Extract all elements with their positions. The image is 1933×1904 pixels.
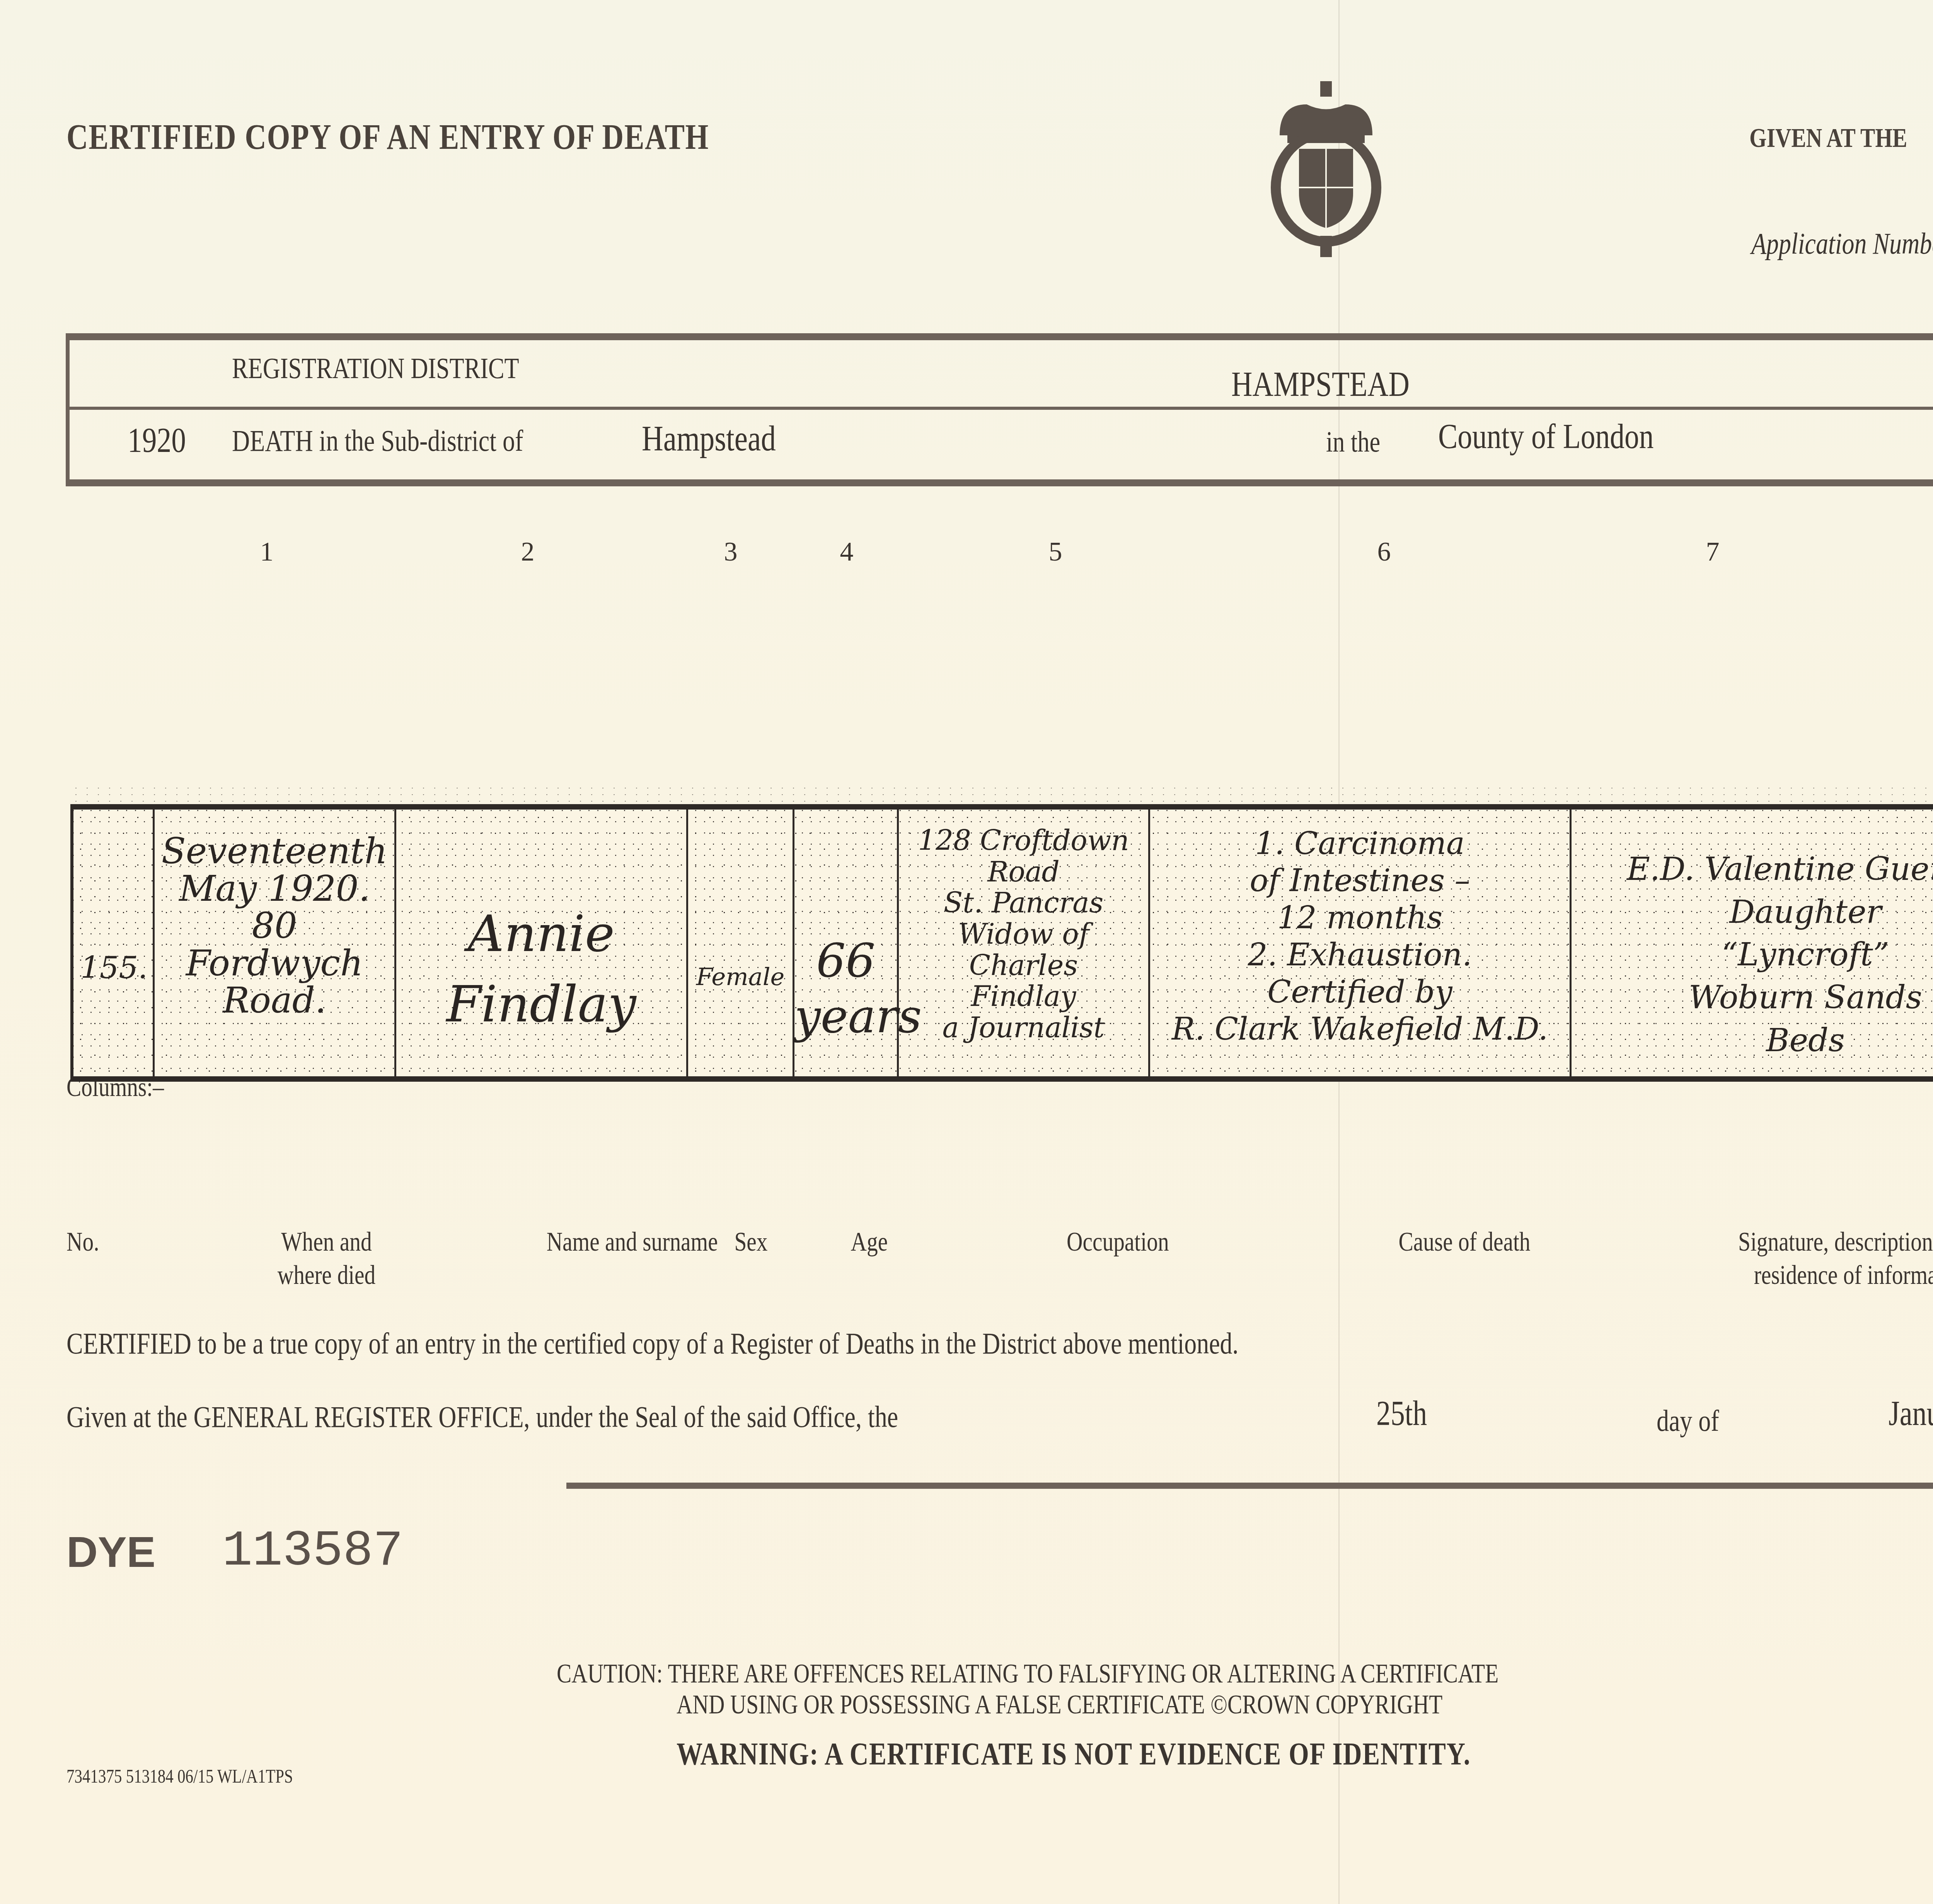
serial-number: 113587 bbox=[222, 1523, 403, 1580]
county: County of London bbox=[1438, 416, 1701, 457]
entry-number: 155. bbox=[75, 953, 153, 984]
certification-statement: CERTIFIED to be a true copy of an entry … bbox=[66, 1326, 1496, 1361]
column-number: 7 bbox=[1693, 535, 1732, 569]
registration-district-label: REGISTRATION DISTRICT bbox=[232, 352, 582, 385]
column-number: 5 bbox=[1036, 535, 1075, 569]
print-code: 7341375 513184 06/15 WL/A1TPS bbox=[66, 1765, 343, 1787]
given-at-statement: Given at the GENERAL REGISTER OFFICE, un… bbox=[66, 1399, 1081, 1434]
identity-warning: WARNING: A CERTIFICATE IS NOT EVIDENCE O… bbox=[677, 1736, 1645, 1772]
caution-line-1: CAUTION: THERE ARE OFFENCES RELATING TO … bbox=[557, 1659, 1705, 1689]
column-number: 4 bbox=[827, 535, 866, 569]
entry-when-where-died: Seventeenth May 1920. 80 Fordwych Road. bbox=[155, 833, 394, 1019]
royal-crest-icon bbox=[1264, 77, 1388, 259]
caution-line-2: AND USING OR POSSESSING A FALSE CERTIFIC… bbox=[677, 1689, 1611, 1720]
county-label: in the bbox=[1326, 425, 1392, 459]
entry-sex: Female bbox=[688, 964, 793, 989]
column-number: 2 bbox=[508, 535, 547, 569]
issue-day: 25th bbox=[1376, 1394, 1438, 1434]
registration-year: 1920 bbox=[128, 419, 199, 460]
column-number: 1 bbox=[247, 535, 286, 569]
death-certificate: CERTIFIED COPY OF AN ENTRY OF DEATH GIVE… bbox=[0, 0, 1933, 1904]
entry-age: 66 years bbox=[794, 933, 897, 1045]
application-number-label: Application Number bbox=[1751, 226, 1933, 261]
issuer-prefix: GIVEN AT THE bbox=[1749, 123, 1933, 154]
ledger-speckle bbox=[70, 785, 1933, 803]
column-number: 6 bbox=[1365, 535, 1403, 569]
entry-cause-of-death: 1. Carcinoma of Intestines – 12 months 2… bbox=[1150, 825, 1570, 1048]
sub-district-label: DEATH in the Sub-district of bbox=[232, 423, 587, 458]
sub-district: Hampstead bbox=[642, 418, 805, 459]
entry-occupation: 128 Croftdown Road St. Pancras Widow of … bbox=[899, 825, 1148, 1043]
register-entry-row: 155. Seventeenth May 1920. 80 Fordwych R… bbox=[70, 804, 1933, 1082]
day-of-label: day of bbox=[1657, 1403, 1733, 1438]
column-number: 3 bbox=[711, 535, 750, 569]
registration-district: HAMPSTEAD bbox=[1231, 363, 1449, 404]
entry-name: Annie Findlay bbox=[396, 898, 686, 1039]
entry-informant: E.D. Valentine Gueritz Daughter “Lyncrof… bbox=[1572, 848, 1933, 1062]
serial-prefix: DYE bbox=[66, 1527, 155, 1577]
document-title: CERTIFIED COPY OF AN ENTRY OF DEATH bbox=[66, 116, 850, 158]
signature-rule bbox=[566, 1483, 1933, 1489]
issue-month: January bbox=[1889, 1394, 1933, 1434]
